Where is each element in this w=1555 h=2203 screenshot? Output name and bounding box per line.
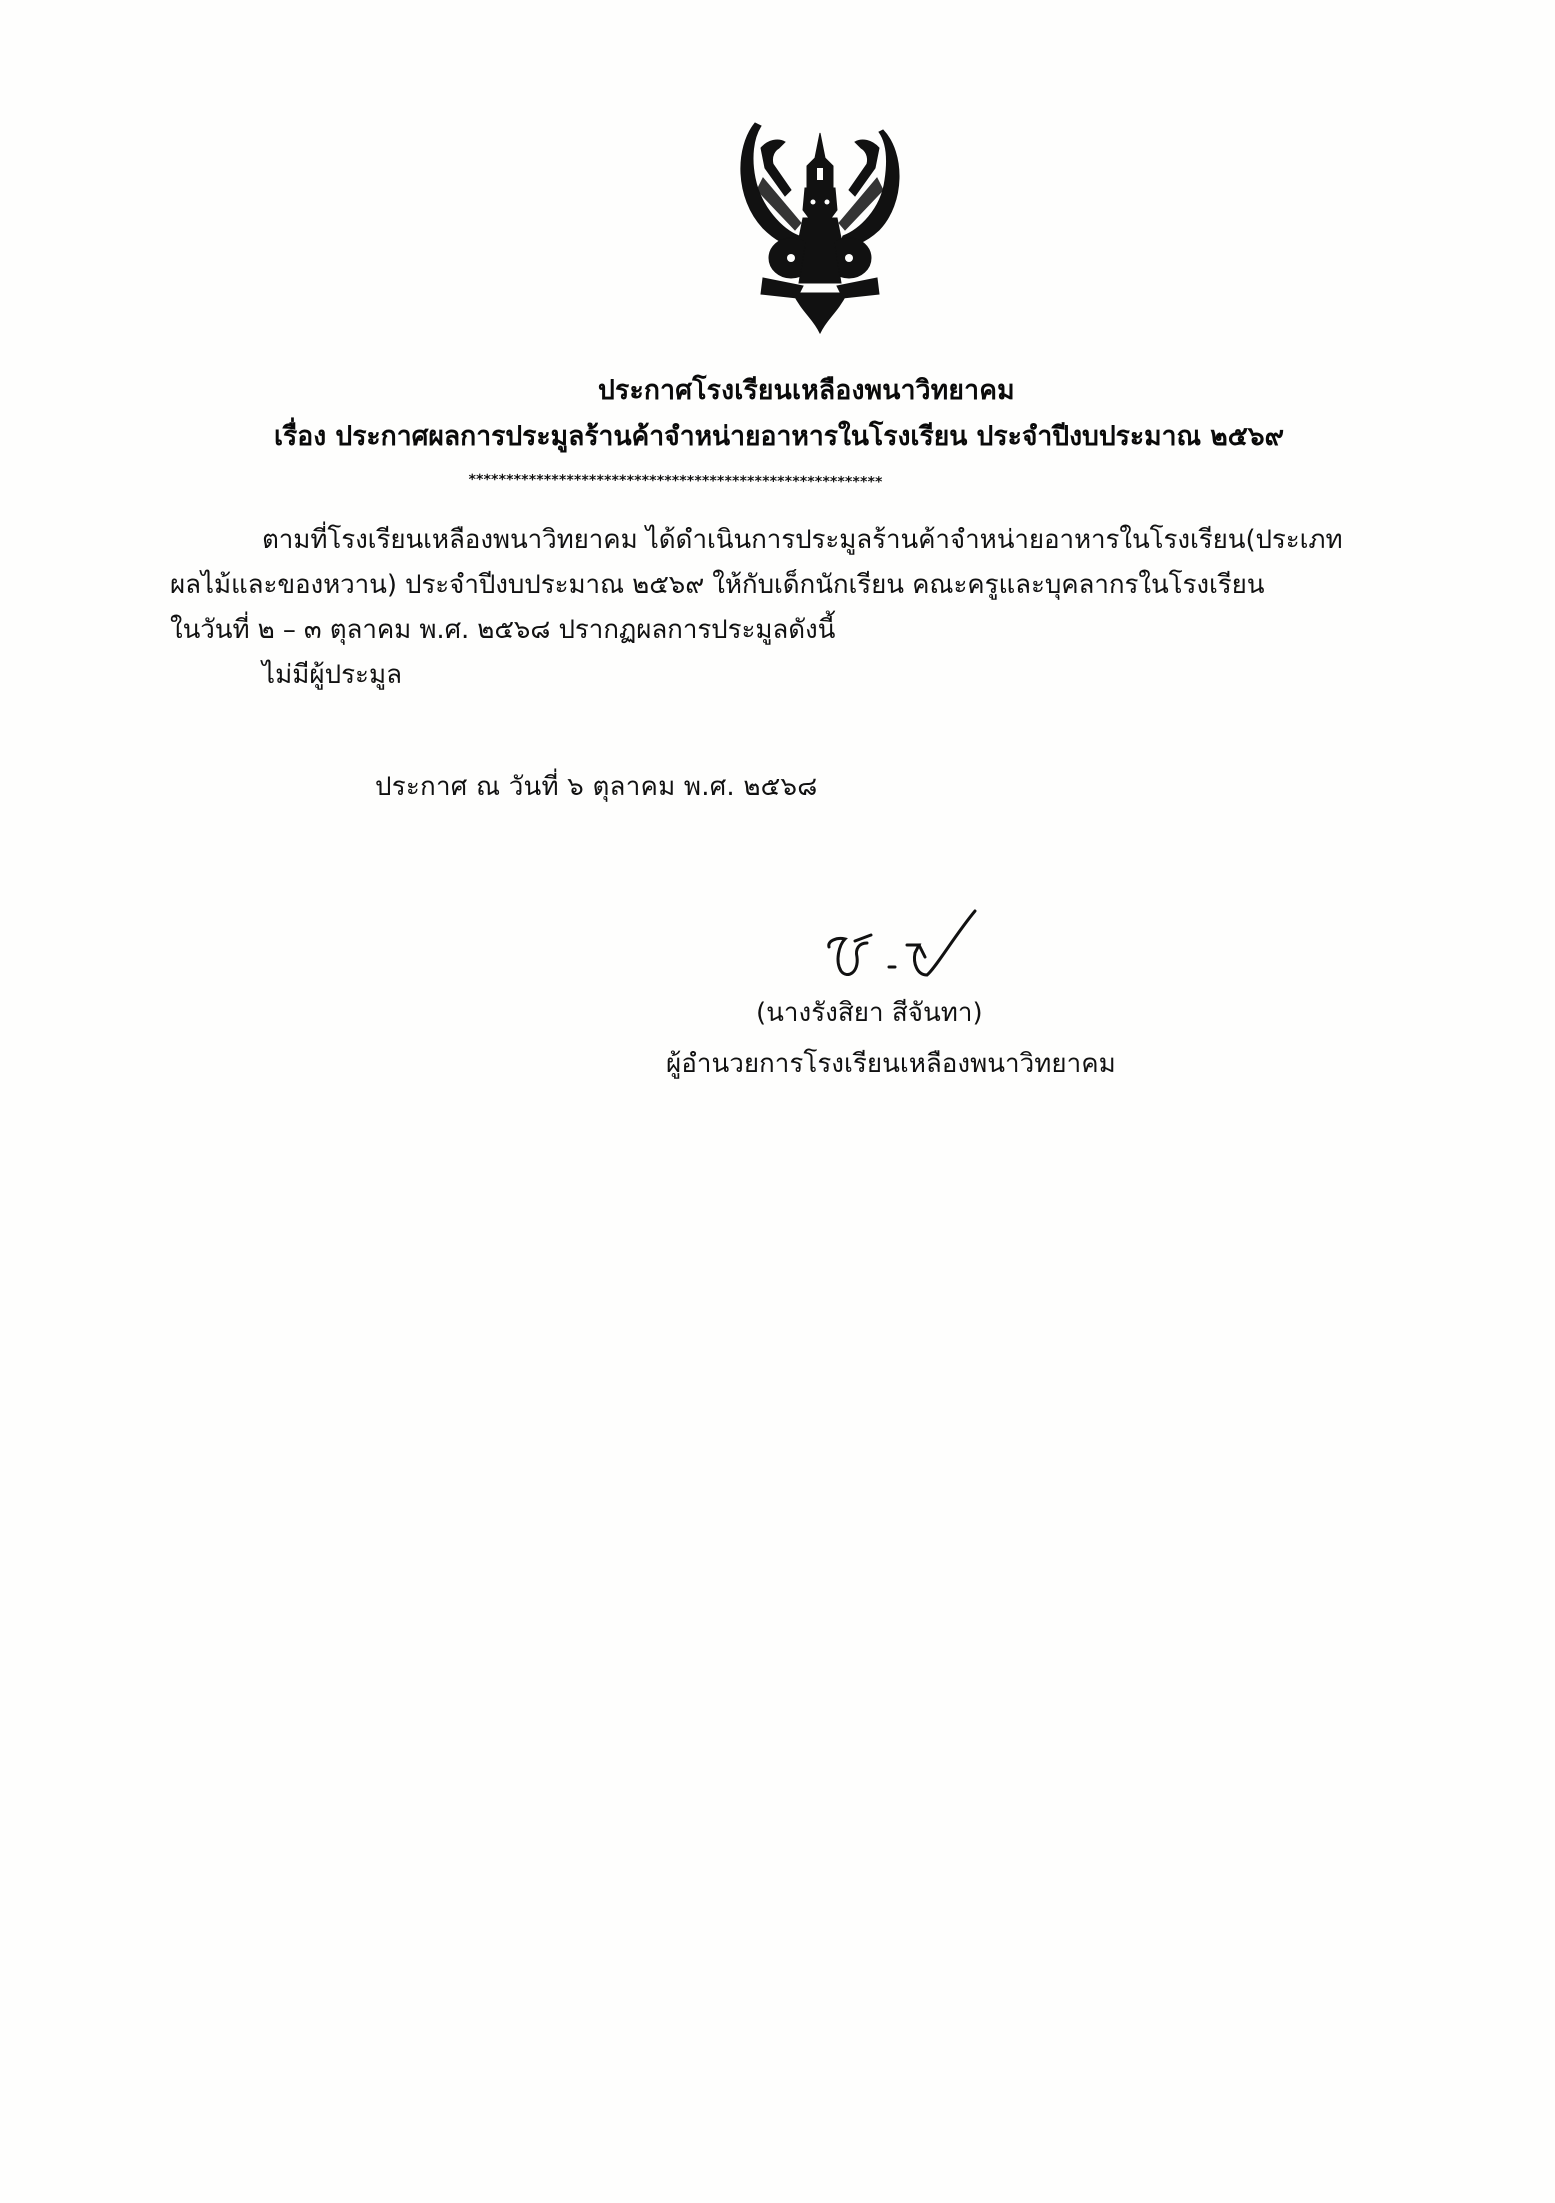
document-page: ประกาศโรงเรียนเหลืองพนาวิทยาคม เรื่อง ปร…: [0, 0, 1555, 2203]
garuda-emblem-icon: [733, 118, 908, 338]
document-subject: เรื่อง ประกาศผลการประมูลร้านค้าจำหน่ายอา…: [274, 424, 1284, 451]
separator-line: ****************************************…: [468, 472, 1146, 492]
result-statement: ไม่มีผู้ประมูล: [262, 662, 402, 688]
announcement-date: ประกาศ ณ วันที่ ๖ ตุลาคม พ.ศ. ๒๕๖๘: [375, 774, 818, 800]
signature-icon: [815, 905, 995, 985]
body-paragraph-line: ในวันที่ ๒ – ๓ ตุลาคม พ.ศ. ๒๕๖๘ ปรากฏผลก…: [170, 617, 835, 643]
body-paragraph-line: ตามที่โรงเรียนเหลืองพนาวิทยาคม ได้ดำเนิน…: [262, 527, 1343, 553]
signer-name: (นางรังสิยา สีจันทา): [756, 1000, 983, 1026]
body-paragraph-line: ผลไม้และของหวาน) ประจำปีงบประมาณ ๒๕๖๙ ให…: [170, 572, 1264, 598]
document-title: ประกาศโรงเรียนเหลืองพนาวิทยาคม: [598, 378, 1015, 405]
signer-position: ผู้อำนวยการโรงเรียนเหลืองพนาวิทยาคม: [666, 1051, 1116, 1077]
